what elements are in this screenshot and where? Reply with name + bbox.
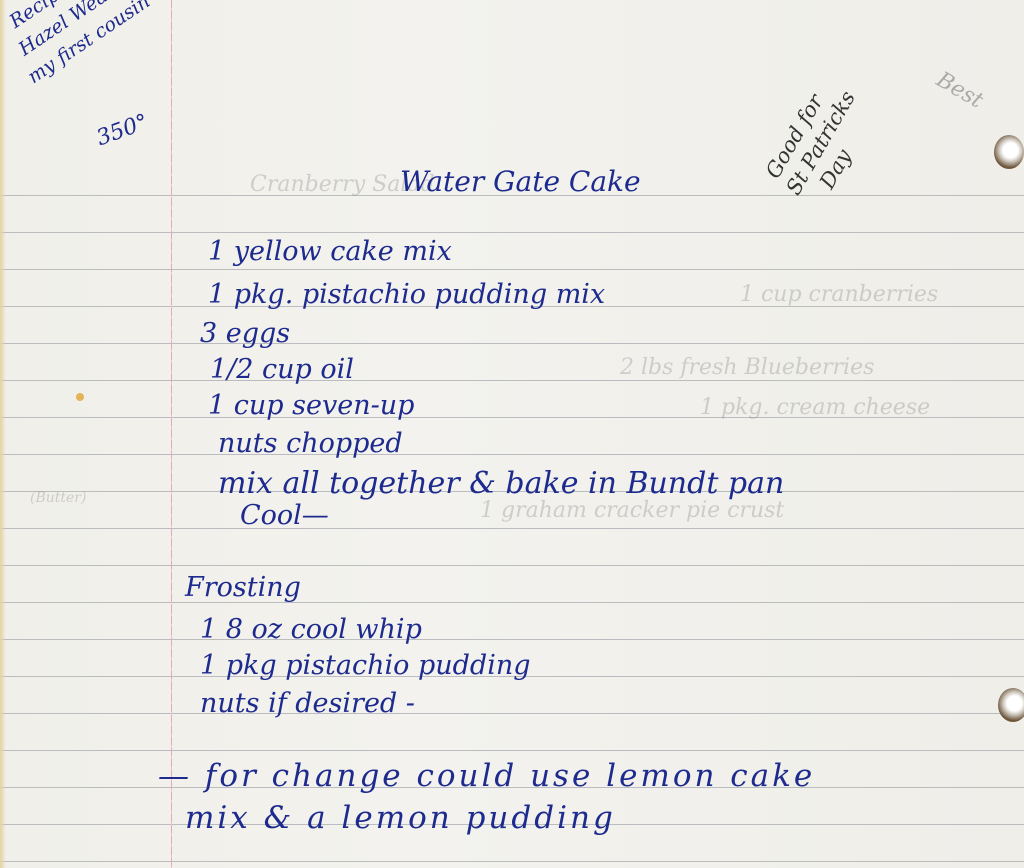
bleed-through-text: 1 cup cranberries [740,282,938,307]
stain-spot [76,393,84,401]
variation-note: mix & a lemon pudding [185,800,616,836]
ingredient-item: 1 yellow cake mix [208,236,452,267]
bleed-through-text: 2 lbs fresh Blueberries [620,355,874,380]
recipe-title: Water Gate Cake [400,165,641,198]
bleed-through-text: 1 graham cracker pie crust [480,498,784,523]
ingredient-item: 1 pkg. pistachio pudding mix [208,279,605,310]
ingredient-item: 1/2 cup oil [210,354,354,385]
hole-punch-bottom [998,688,1024,722]
frosting-item: 1 8 oz cool whip [200,614,422,645]
frosting-item: nuts if desired - [200,688,415,719]
ingredient-item: nuts chopped [218,428,403,459]
margin-note: Recipe from Hazel Weaver my first cousin [4,0,169,82]
variation-note: — for change could use lemon cake [158,758,815,794]
margin-line [171,0,172,868]
ingredient-item: 3 eggs [200,318,290,349]
bleed-through-margin-mark: (Butter) [30,490,86,506]
aged-paper-edge [0,0,6,868]
ingredient-item: 1 cup seven-up [208,390,414,421]
recipe-page: Cranberry Salad 1 cup cranberries 2 lbs … [0,0,1024,868]
instruction-line: Cool— [240,500,329,531]
instruction-line: mix all together & bake in Bundt pan [218,466,784,501]
hole-punch-top [994,135,1024,169]
faint-corner-mark: Best [932,67,987,113]
frosting-heading: Frosting [185,572,301,603]
bleed-through-text: 1 pkg. cream cheese [700,395,930,420]
frosting-item: 1 pkg pistachio pudding [200,650,531,681]
corner-note: Good for St Patricks Day [760,70,885,209]
oven-temperature: 350° [93,110,151,152]
